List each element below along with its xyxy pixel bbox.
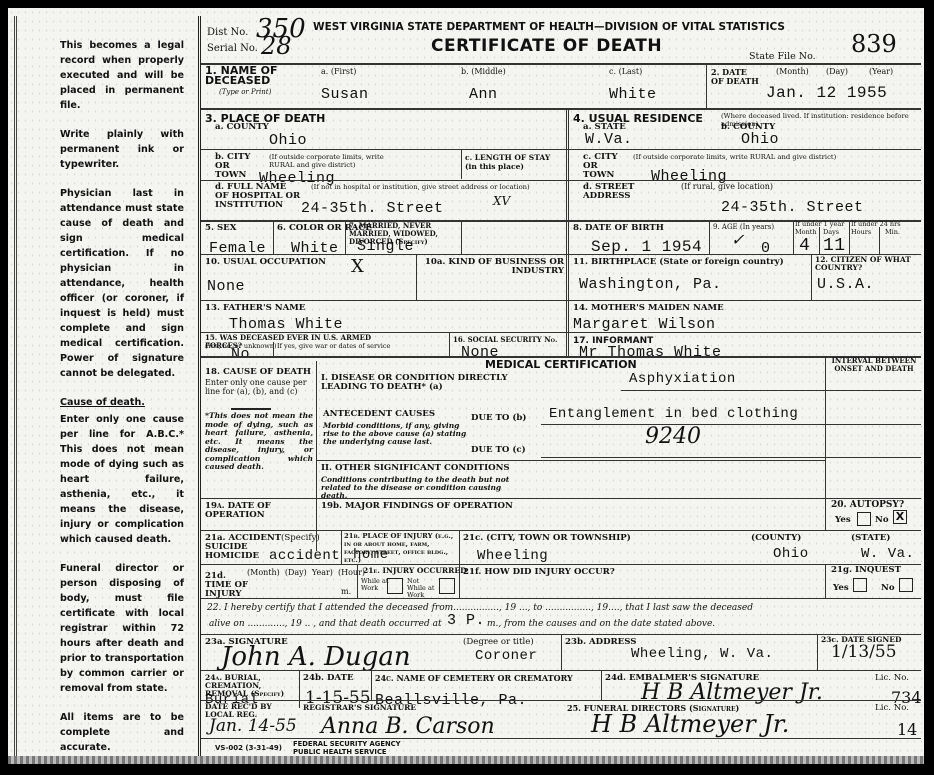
f21c-state-label: (STATE) <box>851 534 890 543</box>
state-file-no-label: State File No. <box>749 52 816 61</box>
antecedent-note: Morbid conditions, if any, giving rise t… <box>323 422 468 446</box>
date-of-death: Jan. 12 1955 <box>766 84 887 102</box>
f5-label: 5. SEX <box>205 224 236 233</box>
f21g-label: 21g. INQUEST <box>831 566 901 575</box>
f20-label: 20. AUTOPSY? <box>831 501 904 510</box>
residence-street: 24-35th. Street <box>721 199 864 216</box>
f1-middle-label: b. (Middle) <box>461 68 506 76</box>
date-received: Jan. 14-55 <box>209 716 297 736</box>
f21c-county-label: (COUNTY) <box>751 534 801 543</box>
injury-city: Wheeling <box>477 548 548 564</box>
certify-line-2b: m., from the causes and on the date stat… <box>487 620 715 628</box>
age-days: 11 <box>823 236 846 256</box>
f21e-notwork-label: Not While at Work <box>407 578 439 599</box>
f3-hospital-label: d. FULL NAME OF HOSPITAL OR INSTITUTION <box>215 183 301 210</box>
f3-hospital-note: (If not in hospital or institution, give… <box>311 183 561 191</box>
date-signed: 1/13/55 <box>831 642 897 662</box>
f9-min-label: Min. <box>885 228 900 236</box>
f1-label: 1. NAME OF DECEASED <box>205 66 295 86</box>
autopsy-no-label: No <box>875 516 889 525</box>
not-at-work-checkbox[interactable] <box>439 578 455 594</box>
death-time: 3 P. <box>447 612 485 629</box>
deceased-first-name: Susan <box>321 86 369 103</box>
due-b-label: DUE TO (b) <box>471 414 527 423</box>
f9-under24-label: If under 24 hrs <box>851 221 919 228</box>
instructions-sidebar: This becomes a legal record when properl… <box>60 38 184 769</box>
f1-first-label: a. (First) <box>321 68 356 76</box>
instruction-complete: All items are to be complete and accurat… <box>60 710 184 755</box>
age-months: 4 <box>799 236 810 256</box>
f2-label: 2. DATE OF DEATH <box>711 68 761 86</box>
f10-label: 10. USUAL OCCUPATION <box>205 258 326 267</box>
f8-label: 8. DATE OF BIRTH <box>573 224 664 233</box>
f21d-m: m. <box>341 588 351 596</box>
state-file-no-value: 839 <box>851 30 897 58</box>
occupation-mark: X <box>351 256 364 277</box>
armed-forces: No <box>231 346 250 363</box>
while-at-work-checkbox[interactable] <box>387 578 403 594</box>
certificate-title: CERTIFICATE OF DEATH <box>431 36 662 56</box>
f24b-label: 24b. DATE <box>303 674 354 683</box>
death-certificate-scan: This becomes a legal record when properl… <box>8 8 924 764</box>
antecedent-label: ANTECEDENT CAUSES <box>323 410 435 419</box>
due-c-label: DUE TO (c) <box>471 446 526 455</box>
injury-county: Ohio <box>773 546 809 562</box>
part2-note: Conditions contributing to the death but… <box>321 476 521 500</box>
funeral-director-license: 14 <box>897 720 917 739</box>
f12-label: 12. CITIZEN OF WHAT COUNTRY? <box>815 256 919 272</box>
cause-a: Asphyxiation <box>629 371 736 387</box>
certificate-form: Dist No. 350 Serial No. 28 WEST VIRGINIA… <box>198 16 918 756</box>
f10a-label: 10a. KIND OF BUSINESS OR INDUSTRY <box>419 258 564 276</box>
f9-hours-label: Hours <box>851 228 871 236</box>
mothers-maiden-name: Margaret Wilson <box>573 316 716 333</box>
f16-label: 16. SOCIAL SECURITY No. <box>453 336 561 344</box>
f21c-label: 21c. (CITY, TOWN OR TOWNSHIP) <box>463 534 631 543</box>
embalmer-signature: H B Altmeyer Jr. <box>641 680 823 705</box>
f18-note: Enter only one cause per line for (a), (… <box>205 378 313 396</box>
marital-status: Single <box>357 238 414 255</box>
f23b-label: 23b. ADDRESS <box>565 638 636 647</box>
inquest-yes-checkbox[interactable] <box>853 578 867 592</box>
residence-county: Ohio <box>741 131 779 148</box>
f4-street-note: (If rural, give location) <box>681 183 773 191</box>
instruction-write-plainly: Write plainly with permanent ink or type… <box>60 127 184 172</box>
injury-state: W. Va. <box>861 546 914 562</box>
serial-no-label: Serial No. <box>207 44 258 53</box>
f9-days-label: Days <box>823 228 839 236</box>
part1-label: I. DISEASE OR CONDITION DIRECTLY LEADING… <box>321 374 541 392</box>
form-code: VS-002 (3-31-49) <box>215 744 282 752</box>
f18-label: 18. CAUSE OF DEATH <box>205 368 311 377</box>
cause-of-death-heading: Cause of death. <box>60 395 184 410</box>
f21a-specify: (Specify) <box>281 534 320 543</box>
hospital-mark: XV <box>493 194 510 208</box>
f2-month-label: (Month) <box>776 68 809 76</box>
f3-county-label: a. COUNTY <box>215 123 269 132</box>
autopsy-yes-label: Yes <box>835 516 851 525</box>
f1-sub: (Type or Print) <box>219 88 271 96</box>
registrar-signature: Anna B. Carson <box>321 714 495 739</box>
certify-line-1: 22. I hereby certify that I attended the… <box>207 604 753 612</box>
residence-state: W.Va. <box>585 131 633 148</box>
instruction-physician: Physician last in attendance must state … <box>60 186 184 381</box>
left-border <box>14 16 18 756</box>
part2-label: II. OTHER SIGNIFICANT CONDITIONS <box>321 464 510 473</box>
instruction-legal-record: This becomes a legal record when properl… <box>60 38 184 113</box>
inquest-no-label: No <box>881 584 895 593</box>
place-of-death-address: 24-35th. Street <box>301 200 444 217</box>
cause-b: Entanglement in bed clothing <box>549 406 798 422</box>
instruction-cause: Enter only one cause per line for A.B.C.… <box>60 412 184 547</box>
f24c-label: 24c. NAME OF CEMETERY OR CREMATORY <box>375 674 573 682</box>
f24d-lic-label: Lic. No. <box>875 674 909 683</box>
fathers-name: Thomas White <box>229 316 343 333</box>
certify-line-2a: alive on ............., 19 .. , and that… <box>209 620 442 628</box>
medical-heading: MEDICAL CERTIFICATION <box>485 358 637 371</box>
f14-label: 14. MOTHER'S MAIDEN NAME <box>573 304 724 313</box>
cause-code: 9240 <box>645 424 701 449</box>
f21e-label: 21e. INJURY OCCURRED <box>363 567 467 575</box>
f1-last-label: c. (Last) <box>609 68 642 76</box>
certifier-address: Wheeling, W. Va. <box>631 646 773 662</box>
instruction-funeral-director: Funeral director or person disposing of … <box>60 561 184 696</box>
dist-no-label: Dist No. <box>207 28 248 37</box>
inquest-yes-label: Yes <box>833 584 849 593</box>
f19b-label: 19b. MAJOR FINDINGS OF OPERATION <box>321 502 513 511</box>
f11-label: 11. BIRTHPLACE (State or foreign country… <box>573 258 784 267</box>
f4-city-note: (If outside corporate limits, write RURA… <box>633 153 836 161</box>
certifier-title: Coroner <box>475 648 537 664</box>
f13-label: 13. FATHER'S NAME <box>205 304 305 313</box>
citizenship: U.S.A. <box>817 276 874 293</box>
footer-agency-2: PUBLIC HEALTH SERVICE <box>293 748 387 756</box>
autopsy-no-checkbox[interactable]: X <box>893 510 907 524</box>
f9-month-label: Month <box>795 228 817 236</box>
f25-lic-label: Lic. No. <box>875 704 909 713</box>
serial-no-value: 28 <box>261 32 292 60</box>
f3-city-label: b. CITY OR TOWN <box>215 153 263 180</box>
footer-agency-1: FEDERAL SECURITY AGENCY <box>293 740 401 748</box>
inquest-no-checkbox[interactable] <box>899 578 913 592</box>
place-of-death-county: Ohio <box>269 132 307 149</box>
age-check-mark: ✓ <box>731 230 744 249</box>
autopsy-yes-checkbox[interactable] <box>857 512 871 526</box>
interval-label: INTERVAL BETWEEN ONSET AND DEATH <box>829 357 919 373</box>
f18-footnote: *This does not mean the mode of dying, s… <box>205 412 313 472</box>
birthplace: Washington, Pa. <box>579 276 722 293</box>
f4-street-label: d. STREET ADDRESS <box>583 183 653 201</box>
deceased-last-name: White <box>609 86 657 103</box>
bottom-scan-edge <box>8 756 924 764</box>
f21d-cols: (Month) (Day) Year) (Hour) <box>247 569 365 577</box>
place-of-injury: home <box>353 547 389 563</box>
f2-day-label: (Day) <box>826 68 848 76</box>
agency-header: WEST VIRGINIA STATE DEPARTMENT OF HEALTH… <box>313 21 785 33</box>
f3-stay-label: c. LENGTH OF STAY (in this place) <box>465 153 563 171</box>
certifier-signature: John A. Dugan <box>221 642 411 672</box>
f19a-label: 19a. DATE OF OPERATION <box>205 502 305 520</box>
f3-city-note: (If outside corporate limits, write RURA… <box>269 153 389 169</box>
deceased-middle-name: Ann <box>469 86 498 103</box>
degree-label: (Degree or title) <box>463 638 534 647</box>
manner-of-death: accident <box>269 548 340 564</box>
f2-year-label: (Year) <box>869 68 893 76</box>
f15-war-label: If yes, give war or dates of service <box>277 342 390 350</box>
f4-city-label: c. CITY OR TOWN <box>583 153 631 180</box>
funeral-director-signature: H B Altmeyer Jr. <box>591 710 789 738</box>
f21f-label: 21f. HOW DID INJURY OCCUR? <box>463 568 615 577</box>
usual-occupation: None <box>207 278 245 295</box>
registrar-label: REGISTRAR'S SIGNATURE <box>303 704 416 712</box>
f9-under1-label: If under 1 year <box>795 221 853 228</box>
